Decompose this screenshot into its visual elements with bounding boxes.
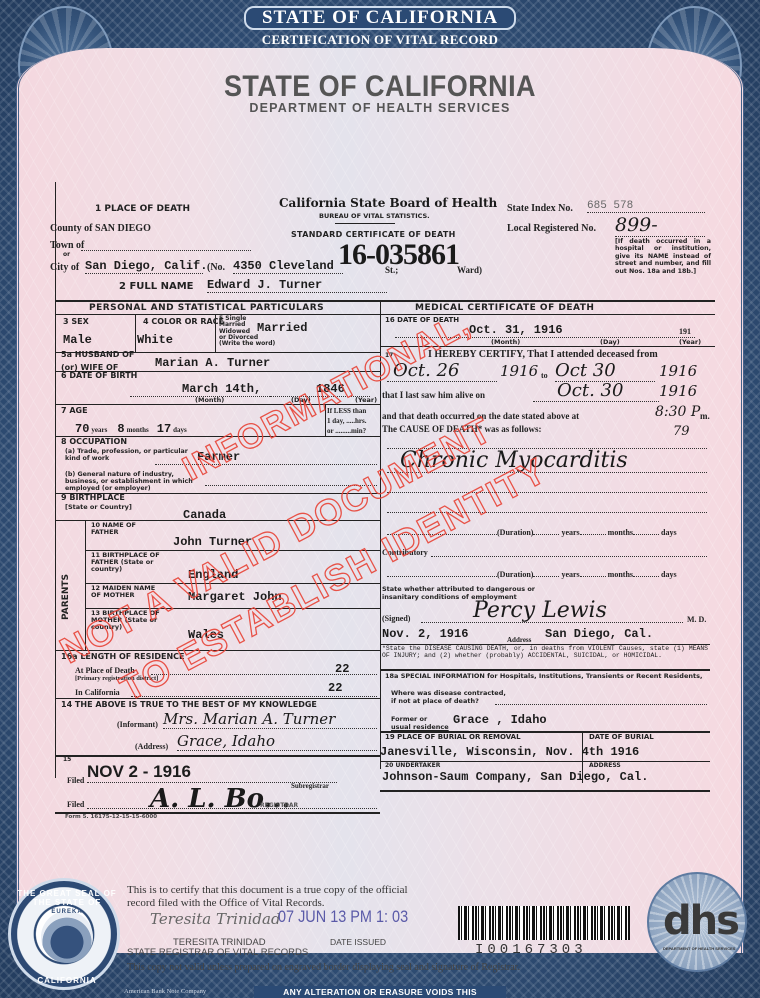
validity-note: This copy not valid unless prepared on e… — [127, 962, 520, 973]
page-title: STATE OF CALIFORNIA — [38, 70, 722, 104]
department-title: DEPARTMENT OF HEALTH SERVICES — [0, 101, 760, 115]
last-saw-value: Oct. 30 — [533, 380, 659, 402]
filed-number: 15 — [63, 756, 71, 763]
to-label: to — [541, 371, 548, 380]
great-seal-california-icon: THE GREAT SEAL OF THE STATE OF EUREKA CA… — [8, 878, 120, 990]
column-rule — [135, 314, 136, 352]
local-registered-value: 899- — [615, 214, 705, 237]
age-years-value: 70 — [75, 422, 89, 436]
hospital-note: [If death occurred in a hospital or inst… — [615, 238, 711, 275]
dhs-logo: dhs — [663, 898, 738, 944]
town-value-line — [81, 250, 251, 251]
certificate-number: 16-035861 — [338, 238, 459, 272]
seal-center-icon — [41, 911, 93, 963]
former-residence-value: Grace , Idaho — [453, 713, 547, 727]
alteration-warning: ANY ALTERATION OR ERASURE VOIDS THIS CER… — [254, 986, 506, 998]
row-rule — [380, 314, 715, 315]
contributory-line — [431, 556, 707, 557]
duration-row-2: (Duration) years months days — [387, 570, 709, 579]
date-of-death-year-prefix: 191 — [679, 327, 691, 336]
death-time-suffix: m. — [700, 411, 710, 421]
sex-value: Male — [63, 333, 92, 347]
former-residence-label-1: Former or — [391, 715, 427, 723]
state-registrar-title: STATE REGISTRAR OF VITAL RECORDS — [127, 947, 308, 958]
father-birthplace-label: 11 BIRTHPLACE OF FATHER (State or countr… — [91, 552, 171, 573]
row-rule — [380, 669, 710, 671]
attended-to-year: 1916 — [659, 362, 697, 380]
bank-note-company: American Bank Note Company — [124, 988, 206, 995]
filed-label: Filed — [67, 776, 84, 785]
burial-date-label: DATE OF BURIAL — [589, 733, 654, 741]
age-days-value: 17 — [157, 422, 171, 436]
date-issued-stamp: 07 JUN 13 PM 1: 03 — [278, 907, 408, 927]
row-rule — [55, 698, 380, 699]
divider — [335, 223, 395, 224]
residence-place-days: 22 — [335, 662, 349, 676]
informant-value: Mrs. Marian A. Turner — [163, 710, 377, 729]
residence-california-label: In California — [75, 688, 120, 697]
signed-label: (Signed) — [382, 614, 410, 623]
age-months-value: 8 — [117, 422, 124, 436]
banner-certification-title: CERTIFICATION OF VITAL RECORD — [250, 31, 510, 49]
cause-code: 79 — [673, 424, 690, 439]
informant-label: (Informant) — [117, 720, 158, 729]
registrar-label: REGISTRAR — [260, 802, 298, 809]
registrar-signature: A. L. Bo... — [150, 784, 291, 814]
undertaker-address-label: ADDRESS — [589, 762, 621, 769]
month-caption-medical: (Month) — [491, 338, 520, 346]
last-saw-text: that I last saw him alive on — [382, 390, 485, 400]
parents-label: PARENTS — [61, 574, 71, 620]
city-value: San Diego, Calif. — [85, 259, 203, 274]
form-number: Form 5. 16175-12-15-15-6000 — [65, 814, 157, 820]
county-label: County of SAN DIEGO — [50, 223, 151, 234]
dhs-caption: DEPARTMENT OF HEALTH SERVICES — [663, 946, 735, 951]
contracted-label-1: Where was disease contracted, — [391, 689, 506, 697]
date-of-birth-label: 6 DATE OF BIRTH — [61, 371, 137, 380]
death-time-value: 8:30 P — [655, 404, 700, 420]
attended-from-year: 1916 — [500, 362, 538, 380]
county-value: SAN DIEGO — [95, 223, 151, 234]
special-info-label: 18a SPECIAL INFORMATION for Hospitals, I… — [385, 673, 711, 680]
former-residence-label-2: usual residence — [391, 723, 449, 731]
subregistrar-label: Subregistrar — [291, 782, 329, 790]
signed-date-value: Nov. 2, 1916 — [382, 627, 468, 641]
bureau-label: BUREAU OF VITAL STATISTICS. — [319, 212, 430, 220]
race-label: 4 COLOR OR RACE — [143, 317, 224, 326]
barcode — [458, 906, 630, 940]
row-rule — [380, 790, 710, 792]
board-title: California State Board of Health — [279, 196, 497, 210]
month-caption: (Month) — [195, 396, 224, 404]
column-rule — [215, 314, 216, 352]
spouse-name-value: Marian A. Turner — [155, 356, 270, 370]
age-values: 70 years 8 months 17 days — [75, 422, 187, 436]
physician-address-label: Address — [507, 636, 531, 644]
day-caption-medical: (Day) — [600, 338, 620, 346]
residence-california-line — [131, 696, 377, 697]
age-label: 7 AGE — [61, 406, 88, 415]
md-label: M. D. — [687, 615, 706, 624]
local-registered-label: Local Registered No. — [507, 223, 596, 234]
birthplace-sub-label: [State or Country] — [65, 503, 132, 511]
street-value: 4350 Cleveland — [233, 259, 343, 274]
place-of-death-label: 1 PLACE OF DEATH — [95, 204, 190, 214]
certify-text: I HEREBY CERTIFY, That I attended deceas… — [428, 349, 658, 360]
filed2-label: Filed — [67, 800, 84, 809]
sex-label: 3 SEX — [63, 317, 89, 326]
state-index-value: 685 578 — [587, 200, 705, 213]
state-registrar-signature: Teresita Trinidad — [150, 910, 281, 928]
physician-address-value: San Diego, Cal. — [545, 627, 653, 641]
residence-california-days: 22 — [328, 681, 342, 695]
cause-line — [387, 492, 707, 493]
contracted-line — [495, 704, 707, 705]
race-value: White — [137, 333, 173, 347]
dob-month-day-value: March 14th, — [130, 382, 270, 397]
undertaker-value: Johnson-Saum Company, San Diego, Cal. — [382, 770, 648, 784]
row-rule — [55, 755, 380, 757]
occupation-label: 8 OCCUPATION — [61, 437, 127, 446]
barcode-number: I00167303 — [475, 942, 587, 958]
informant-address-value: Grace, Idaho — [177, 732, 377, 751]
full-name-label: 2 FULL NAME — [119, 281, 194, 292]
banner-state-title: STATE OF CALIFORNIA — [244, 6, 516, 30]
ward-suffix: Ward) — [457, 265, 482, 275]
dhs-seal-icon: dhs DEPARTMENT OF HEALTH SERVICES — [647, 872, 747, 972]
medical-section-title: MEDICAL CERTIFICATE OF DEATH — [415, 303, 594, 313]
filed-date-value: NOV 2 - 1916 — [87, 762, 337, 783]
burial-value: Janesville, Wisconsin, Nov. 4th 1916 — [380, 745, 639, 759]
husband-label: 5a HUSBAND OF — [61, 350, 134, 359]
birthplace-label: 9 BIRTHPLACE — [61, 493, 125, 502]
occupation-b-label: (b) General nature of industry, business… — [65, 471, 205, 492]
city-label: City of — [50, 262, 79, 273]
knowledge-label: 14 THE ABOVE IS TRUE TO THE BEST OF MY K… — [61, 700, 317, 709]
informant-address-label: (Address) — [135, 742, 168, 751]
row-rule — [55, 314, 380, 315]
physician-signature: Percy Lewis — [473, 598, 607, 623]
date-issued-label: DATE ISSUED — [330, 937, 386, 947]
marital-status-value: Married — [257, 321, 307, 335]
or-label: or — [63, 251, 70, 258]
certification-statement-1: This is to certify that this document is… — [127, 884, 408, 896]
cause-footnote: *State the DISEASE CAUSING DEATH, or, in… — [382, 645, 708, 660]
full-name-value: Edward J. Turner — [207, 278, 387, 293]
last-saw-year: 1916 — [659, 382, 697, 400]
personal-section-title: PERSONAL AND STATISTICAL PARTICULARS — [89, 303, 324, 313]
street-prefix: (No. — [207, 262, 225, 273]
section-rule — [55, 300, 715, 302]
state-index-label: State Index No. — [507, 203, 573, 214]
burial-place-label: 19 PLACE OF BURIAL OR REMOVAL — [385, 733, 521, 741]
undertaker-label: 20 UNDERTAKER — [385, 762, 440, 769]
year-caption-medical: (Year) — [679, 338, 701, 346]
town-label: Town of — [50, 240, 84, 251]
contracted-label-2: if not at place of death? — [391, 697, 479, 705]
father-name-label: 10 NAME OF FATHER — [91, 522, 151, 536]
death-certificate-form: 1 PLACE OF DEATH California State Board … — [55, 190, 715, 770]
attended-to-value: Oct 30 — [555, 360, 655, 382]
